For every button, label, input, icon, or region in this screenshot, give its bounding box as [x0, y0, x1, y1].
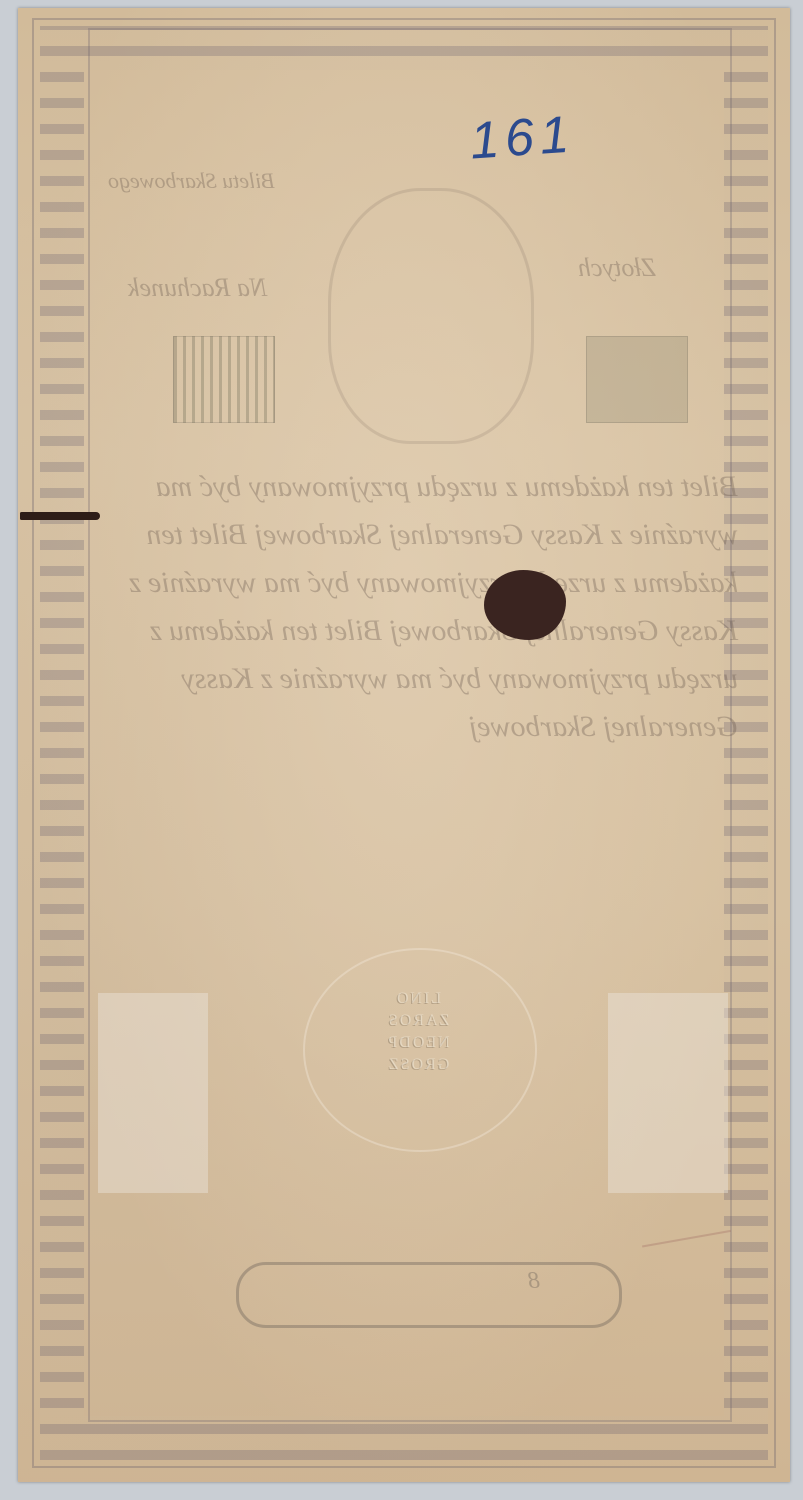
- emboss-line: NEODP: [368, 1032, 468, 1054]
- cartouche-number: 8: [528, 1268, 540, 1295]
- mirrored-text-line: Bilet ten każdemu z urzędu przyjmowany b…: [156, 470, 738, 503]
- emboss-seal-text: LINO ZAROS NEODP GROSZ: [368, 988, 468, 1076]
- serial-cartouche: [236, 1262, 622, 1328]
- eagle-emblem-bleedthrough: [328, 188, 534, 444]
- emboss-line: LINO: [368, 988, 468, 1010]
- ink-pen-mark: [20, 512, 100, 520]
- emboss-line: ZAROS: [368, 1010, 468, 1032]
- handwritten-number: 161: [468, 104, 577, 171]
- watermark-panel-right: [608, 993, 728, 1193]
- stamp-left: [173, 336, 275, 423]
- banknote-paper: 161 Biletu Skarbowego Złotych Na Rachune…: [18, 8, 790, 1482]
- mirrored-text-line: wyraźnie z Kassy Generalnej Skarbowej: [255, 518, 738, 551]
- mirrored-text-line: Na Rachunek: [128, 273, 267, 303]
- mirrored-text-line: Złotych: [578, 253, 656, 283]
- emboss-line: GROSZ: [368, 1054, 468, 1076]
- stamp-right: [586, 336, 688, 423]
- ink-blot: [484, 570, 566, 640]
- mirrored-text-line: Biletu Skarbowego: [108, 168, 275, 194]
- mirrored-paragraph: Bilet ten każdemu z urzędu przyjmowany b…: [98, 463, 738, 751]
- watermark-panel-left: [98, 993, 208, 1193]
